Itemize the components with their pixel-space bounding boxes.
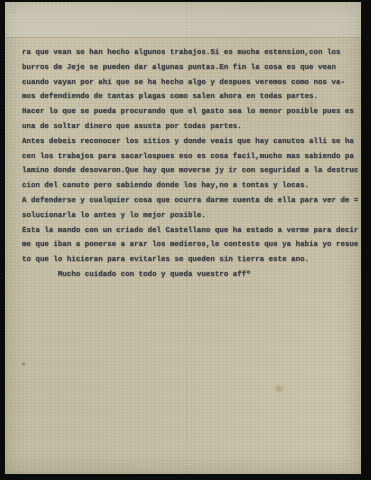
letter-line: ra que vean se han hecho algunos trabajo… — [22, 46, 359, 61]
letter-line: me que iban a ponerse a arar los mediero… — [22, 238, 359, 253]
letter-paper: ra que vean se han hecho algunos trabajo… — [5, 2, 361, 474]
letter-line: cuando vayan por ahi que se ha hecho alg… — [22, 76, 359, 91]
letter-line: una de soltar dinero que asusta por toda… — [22, 120, 359, 135]
scan-border-frame: ra que vean se han hecho algunos trabajo… — [0, 0, 371, 480]
letter-line: mos defendiendo de tantas plagas como sa… — [22, 90, 359, 105]
paper-stain — [273, 384, 285, 393]
paper-top-light-band — [5, 2, 361, 38]
letter-line: cion del canuto pero sabiendo donde los … — [22, 179, 359, 194]
letter-line: Esta la mando con un criado del Castella… — [22, 224, 359, 239]
letter-line: Antes debeis reconocer los sitios y dond… — [22, 135, 359, 150]
letter-line: solucionarla lo antes y lo mejor posible… — [22, 209, 359, 224]
letter-line: cen los trabajos para sacarlospues eso e… — [22, 150, 359, 165]
letter-line: to que lo hicieran para evitarles se que… — [22, 253, 359, 268]
letter-line: burros de Jeje se pueden dar algunas pun… — [22, 61, 359, 76]
letter-line: lamino donde desovaron.Que hay que mover… — [22, 164, 359, 179]
paper-stain — [21, 362, 26, 366]
letter-line: Hacer lo que se pueda procurando que el … — [22, 105, 359, 120]
letter-text-block: ra que vean se han hecho algunos trabajo… — [22, 46, 359, 283]
letter-line: Mucho cuidado con todo y queda vuestro a… — [22, 268, 359, 283]
letter-line: A defenderse y cualquier cosa que ocurra… — [22, 194, 359, 209]
